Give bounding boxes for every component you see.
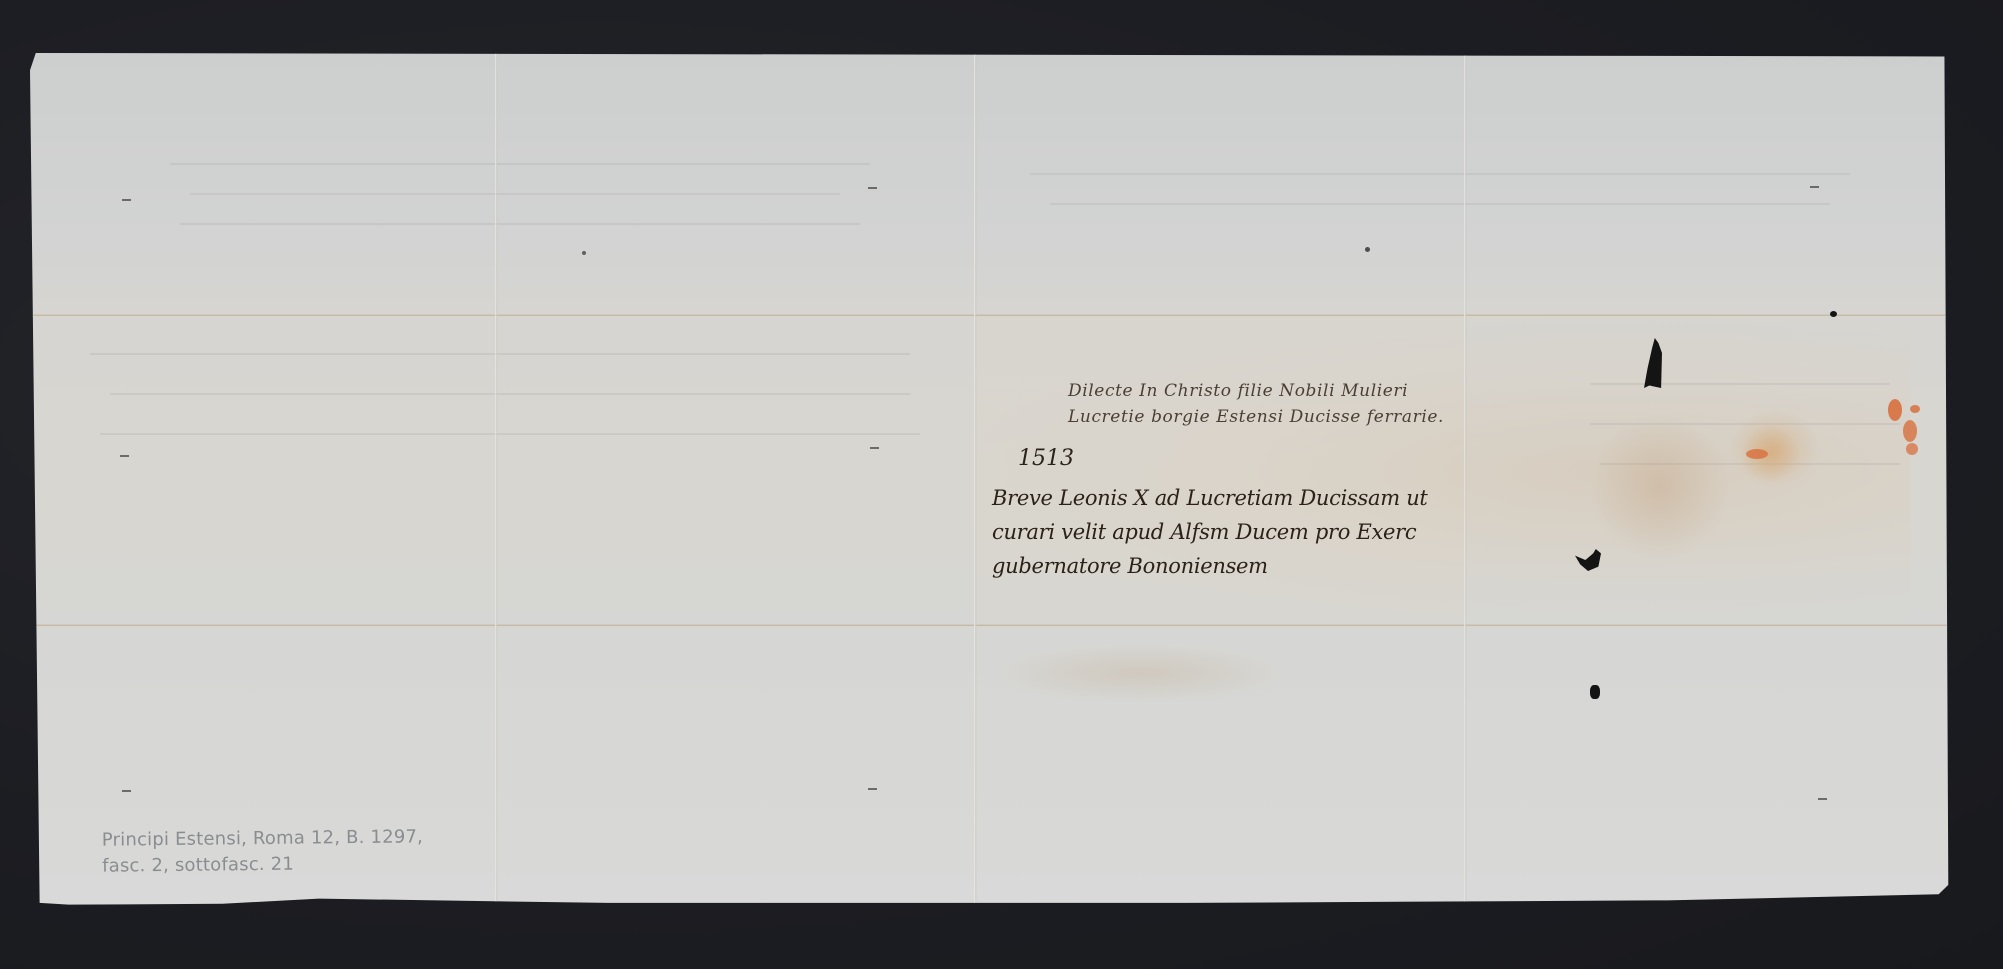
ruling-mark (1818, 798, 1827, 800)
docket-line-3: gubernatore Bononiensem (992, 549, 1428, 583)
vertical-fold (974, 53, 977, 915)
rust-stain (1903, 420, 1917, 442)
vertical-fold (1464, 53, 1467, 915)
scan-background: Dilecte In Christo filie Nobili Mulieri … (0, 0, 2003, 969)
archive-reference-line-1: Principi Estensi, Roma 12, B. 1297, (102, 824, 423, 853)
show-through-text (1590, 383, 1890, 385)
docket-line-2: curari velit apud Alfsm Ducem pro Exerc (992, 515, 1428, 549)
letter-sheet: Dilecte In Christo filie Nobili Mulieri … (30, 53, 1956, 915)
brown-stain (990, 643, 1290, 703)
show-through-text (170, 163, 870, 165)
ink-dot (582, 251, 586, 255)
archive-reference: Principi Estensi, Roma 12, B. 1297, fasc… (102, 824, 424, 879)
show-through-text (110, 393, 910, 395)
ink-dot (1365, 247, 1370, 252)
rust-stain (1910, 405, 1920, 413)
ruling-mark (122, 790, 131, 792)
ruling-mark (120, 455, 129, 457)
brown-stain (1590, 413, 1730, 563)
horizontal-fold (30, 314, 1956, 317)
address-superscription: Dilecte In Christo filie Nobili Mulieri … (1068, 378, 1444, 430)
rust-stain (1906, 443, 1918, 455)
ruling-mark (870, 447, 879, 449)
show-through-text (100, 433, 920, 435)
docket-note: Breve Leonis X ad Lucretiam Ducissam ut … (992, 481, 1428, 583)
address-line-2: Lucretie borgie Estensi Ducisse ferrarie… (1068, 404, 1444, 430)
show-through-text (1050, 203, 1830, 205)
ruling-mark (122, 199, 131, 201)
show-through-text (180, 223, 860, 225)
docket-line-1: Breve Leonis X ad Lucretiam Ducissam ut (992, 481, 1428, 515)
ink-dot (1830, 311, 1837, 317)
address-line-1: Dilecte In Christo filie Nobili Mulieri (1068, 378, 1444, 404)
ruling-mark (868, 788, 877, 790)
horizontal-fold (30, 624, 1956, 627)
show-through-text (1030, 173, 1850, 175)
docket-year: 1513 (1018, 446, 1074, 471)
rust-stain (1746, 449, 1768, 459)
ruling-mark (868, 187, 877, 189)
show-through-text (90, 353, 910, 355)
archive-reference-line-2: fasc. 2, sottofasc. 21 (102, 850, 423, 879)
show-through-text (190, 193, 840, 195)
ruling-mark (1810, 186, 1819, 188)
rust-stain (1888, 399, 1902, 421)
vertical-fold (495, 53, 498, 915)
ink-blot (1590, 685, 1600, 699)
